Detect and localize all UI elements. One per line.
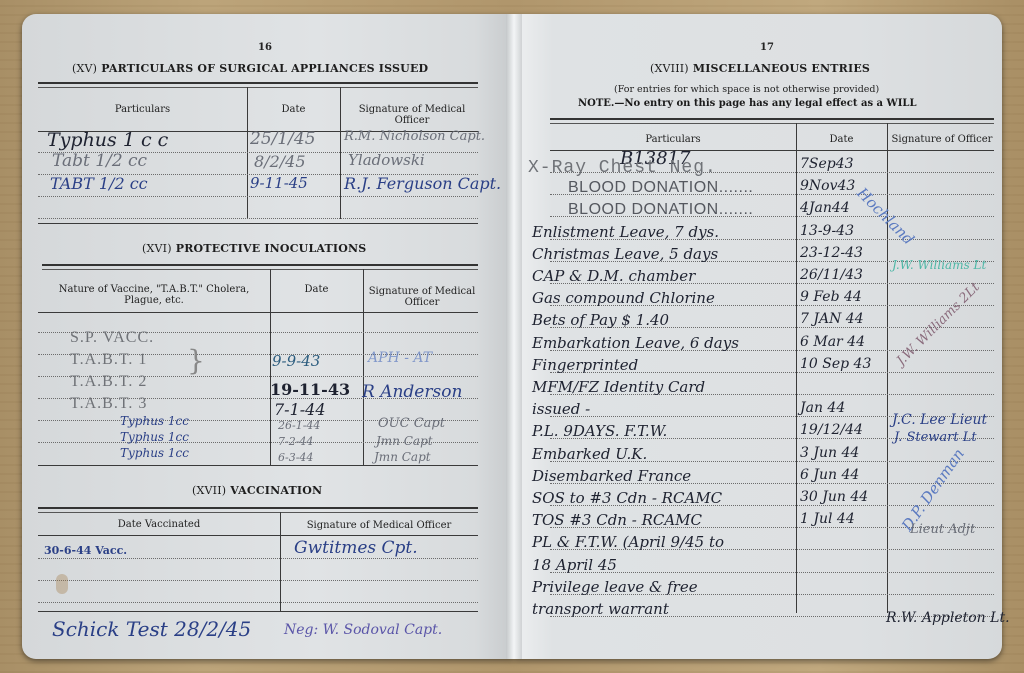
xv-row1-signature: R.M. Nicholson Capt. [344,129,485,144]
signature-2: J.W. Williams Lt [892,258,986,272]
row-rule [38,218,478,219]
xvi-row5-vaccine: Typhus 1cc [120,414,189,428]
misc-row-particulars: BLOOD DONATION....... [568,179,753,197]
col-header-signature: Signature of Medical Officer [342,104,482,126]
col-divider [363,269,364,465]
misc-row-particulars: Privilege leave & free [532,578,698,596]
misc-row-date: 4Jan44 [800,200,850,216]
book-gutter [506,14,522,659]
xvi-row2-signature: APH - AT [368,350,432,366]
misc-row-date: 30 Jun 44 [800,489,868,505]
misc-row-date: 13-9-43 [800,223,854,239]
signature-7: Lieut Adjt [910,522,975,537]
misc-row-particulars: transport warrant [532,600,669,618]
rule [38,82,478,88]
col-header-particulars: Particulars [550,134,796,145]
page-number: 16 [258,42,272,53]
misc-row-particulars: Christmas Leave, 5 days [532,245,718,263]
xvi-row4-vaccine: T.A.B.T. 3 [70,395,147,413]
misc-row-particulars: Fingerprinted [532,356,638,374]
row-rule [38,558,478,559]
xvi-row1-vaccine: S.P. VACC. [70,329,154,347]
misc-row-particulars: Disembarked France [532,467,691,485]
section-xvii-title: (XVII) VACCINATION [192,484,322,497]
col-header-particulars: Particulars [38,104,247,115]
misc-row-particulars: P.L. 9DAYS. F.T.W. [532,422,667,440]
misc-row-date: 26/11/43 [800,267,863,283]
xvi-row6-signature: Jmn Capt [376,434,433,448]
xv-row1-date: 25/1/45 [250,129,316,149]
xv-row2-signature: Yladowski [348,151,425,169]
col-header-vaccine: Nature of Vaccine, "T.A.B.T." Cholera, P… [40,284,268,306]
misc-row-particulars: X-Ray Chest Neg. [528,158,717,178]
misc-row-date: 9 Feb 44 [800,289,862,305]
col-divider [270,269,271,465]
rule [550,118,994,124]
misc-row-particulars: Enlistment Leave, 7 dys. [532,223,719,241]
misc-row-date: 3 Jun 44 [800,445,859,461]
rule [38,223,478,224]
page-number: 17 [760,42,774,53]
misc-row-particulars: BLOOD DONATION....... [568,201,753,219]
misc-row-date: 1 Jul 44 [800,511,855,527]
col-divider [796,123,797,613]
bracket-icon: } [187,344,205,377]
signature-8: R.W. Appleton Lt. [886,610,1010,626]
xvi-row7-signature: Jmn Capt [374,450,431,464]
xvi-row6-date: 7-2-44 [278,435,313,448]
misc-row-particulars: Embarked U.K. [532,445,647,463]
xv-row2-particulars: Tabt 1/2 cc [52,151,147,171]
row-rule [38,196,478,197]
section-subtitle: (For entries for which space is not othe… [614,84,879,95]
xvi-row4-date: 7-1-44 [274,400,326,419]
xv-row2-date: 8/2/45 [254,152,306,171]
misc-row-particulars: Bets of Pay $ 1.40 [532,311,669,329]
misc-row-date: 6 Jun 44 [800,467,859,483]
page-16: 16 (XV) PARTICULARS OF SURGICAL APPLIANC… [22,14,514,659]
xvi-row2-date: 9-9-43 [272,352,320,370]
xv-row3-date: 9-11-45 [250,174,308,192]
col-header-signature: Signature of Medical Officer [280,520,478,531]
misc-row-date: 7Sep43 [800,156,854,172]
signature-3: J.W. Williams 2Lt [894,280,983,369]
misc-row-particulars: issued - [532,400,590,418]
xv-row3-particulars: TABT 1/2 cc [50,174,148,193]
header-rule [38,535,478,536]
misc-row-particulars: SOS to #3 Cdn - RCAMC [532,489,722,507]
section-xvi-title: (XVI) PROTECTIVE INOCULATIONS [142,242,366,255]
xv-row3-signature: R.J. Ferguson Capt. [344,174,501,193]
misc-row-particulars: Gas compound Chlorine [532,289,715,307]
misc-row-particulars: MFM/FZ Identity Card [532,378,705,396]
schick-test-signature: Neg: W. Sodoval Capt. [284,622,442,638]
misc-row-date: 19/12/44 [800,422,863,438]
misc-row-date: 9Nov43 [800,178,855,194]
rule [38,611,478,612]
section-xviii-title: (XVIII) MISCELLANEOUS ENTRIES [650,62,870,75]
misc-row-particulars: 18 April 45 [532,556,617,574]
rule [42,264,478,270]
xvi-row3-date: 19-11-43 [270,380,350,399]
xvi-row6-vaccine: Typhus 1cc [120,430,189,444]
misc-row-date: 7 JAN 44 [800,311,864,327]
misc-row-date: 10 Sep 43 [800,356,871,372]
misc-row-date: 23-12-43 [800,245,863,261]
xvii-row1-signature: Gwtitmes Cpt. [294,538,418,558]
col-divider [887,123,888,613]
xvi-row7-vaccine: Typhus 1cc [120,446,189,460]
misc-row-particulars: TOS #3 Cdn - RCAMC [532,511,702,529]
xvi-row3-signature: R Anderson [362,382,462,402]
rule [38,465,478,466]
header-rule [550,150,994,151]
xvi-row3-vaccine: T.A.B.T. 2 [70,373,147,391]
misc-row-date: 6 Mar 44 [800,334,865,350]
xvi-row5-signature: OUC Capt [378,416,445,431]
section-xv-title: (XV) PARTICULARS OF SURGICAL APPLIANCES … [72,62,428,75]
legal-note: NOTE.—No entry on this page has any lega… [578,98,917,109]
col-header-signature: Signature of Officer [890,134,994,145]
misc-row-date: Jan 44 [800,400,845,416]
page-17: 17 (XVIII) MISCELLANEOUS ENTRIES (For en… [514,14,1002,659]
rule [38,507,478,513]
xvi-row7-date: 6-3-44 [278,451,313,464]
signature-4: J.C. Lee Lieut [892,412,987,428]
col-divider [340,87,341,219]
header-rule [38,312,478,313]
xvi-row5-date: 26-1-44 [278,419,320,432]
schick-test-note: Schick Test 28/2/45 [52,617,251,641]
misc-row-particulars: PL & F.T.W. (April 9/45 to [532,533,724,551]
signature-6: D.P. Denman [898,445,968,534]
pay-book-open-spread: 16 (XV) PARTICULARS OF SURGICAL APPLIANC… [22,14,1002,659]
misc-row-particulars: CAP & D.M. chamber [532,267,695,285]
col-header-date: Date [247,104,340,115]
row-rule [38,580,478,581]
misc-row-particulars: Embarkation Leave, 6 days [532,334,739,352]
row-rule [38,602,478,603]
col-header-date-vaccinated: Date Vaccinated [38,519,280,530]
col-header-date: Date [796,134,887,145]
xvi-row2-vaccine: T.A.B.T. 1 [70,351,147,369]
col-header-signature: Signature of Medical Officer [367,286,477,308]
xv-row1-particulars: Typhus 1 c c [47,129,168,151]
col-header-date: Date [270,284,363,295]
stain [56,574,68,594]
xvii-row1-date: 30-6-44 Vacc. [44,544,127,557]
signature-5: J. Stewart Lt [894,430,977,445]
